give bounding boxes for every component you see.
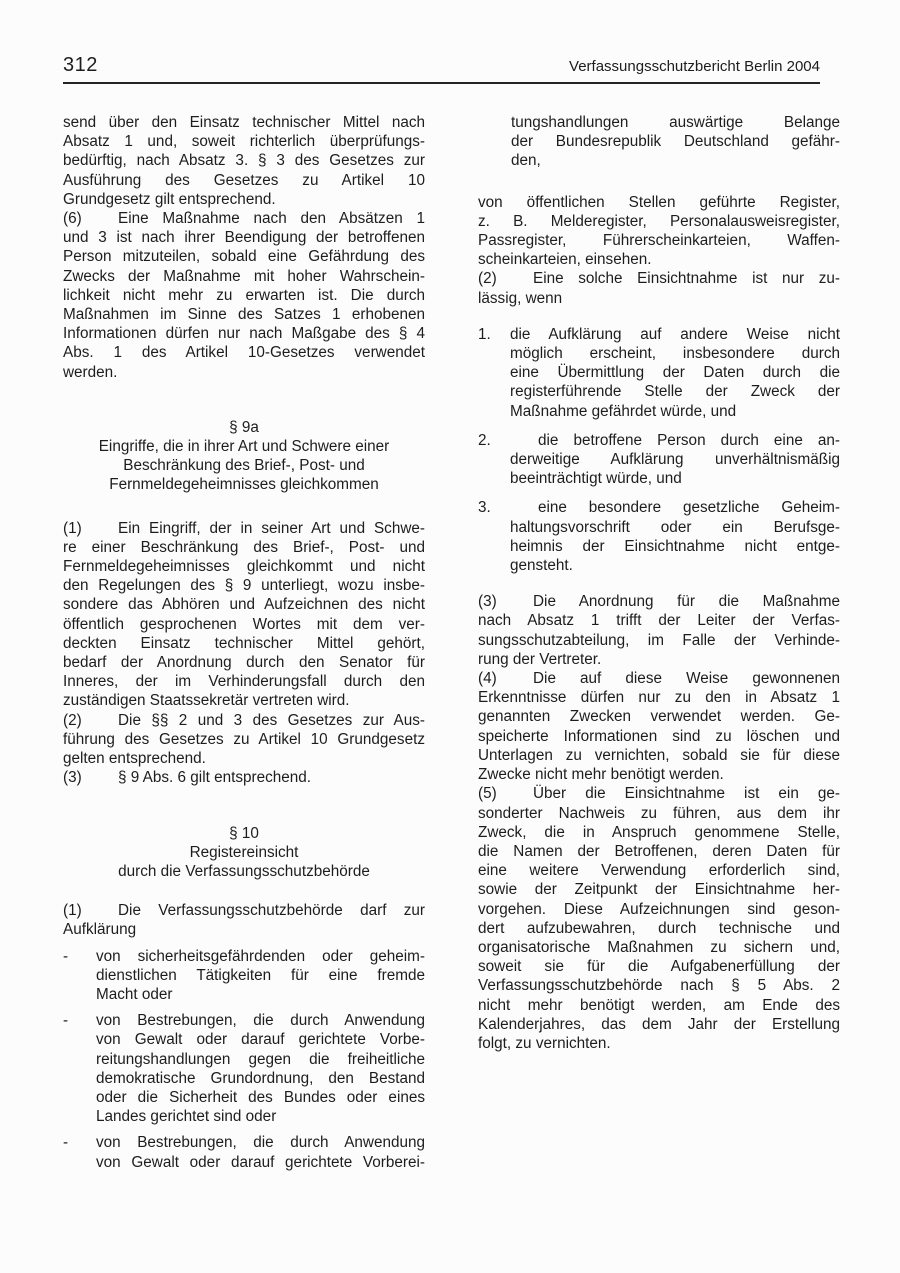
line-text: § 9 Abs. 6 gilt entsprechend. <box>118 768 425 787</box>
text-line: speicherte Informationen sind zu löschen… <box>478 727 840 746</box>
text-line: Zwecke nicht mehr benötigt werden. <box>478 765 840 784</box>
paragraph-3: (3)§ 9 Abs. 6 gilt entsprechend. <box>63 768 425 787</box>
list-marker: (2) <box>63 711 118 730</box>
heading-line: § 9a <box>63 418 425 437</box>
text-line: der Bundesrepublik Deutschland gefähr- <box>511 132 840 151</box>
text-line: Absatz 1 und, soweit richterlich überprü… <box>63 132 425 151</box>
paragraph-2: (2)Eine solche Einsichtnahme ist nur zu-… <box>478 269 840 307</box>
text-line: möglich erscheint, insbesondere durch <box>510 344 840 363</box>
text-line: von Gewalt oder darauf gerichtete Vorber… <box>96 1153 425 1172</box>
text-line: scheinkarteien, einsehen. <box>478 250 840 269</box>
paragraph-4: (4)Die auf diese Weise gewonnenenErkennt… <box>478 669 840 784</box>
line-text: die betroffene Person durch eine an- <box>510 431 840 450</box>
line-text: die Aufklärung auf andere Weise nicht <box>510 325 840 344</box>
text-line: 3.eine besondere gesetzliche Geheim- <box>478 498 840 517</box>
text-line: lichkeit nicht mehr zu erwarten ist. Die… <box>63 286 425 305</box>
text-line: rung der Vertreter. <box>478 650 840 669</box>
text-line: deckten Einsatz technischer Mittel gehör… <box>63 634 425 653</box>
left-column: send über den Einsatz technischer Mittel… <box>63 113 425 1172</box>
heading-line: Beschränkung des Brief-, Post- und <box>63 456 425 475</box>
spacer <box>63 1126 425 1133</box>
list-marker: (3) <box>478 592 533 611</box>
numbered-item-2: 2.die betroffene Person durch eine an-de… <box>478 431 840 489</box>
paragraph-continuation: send über den Einsatz technischer Mittel… <box>63 113 425 209</box>
text-line: -von sicherheitsgefährdenden oder geheim… <box>63 947 425 966</box>
text-line: eine weitere Verwendung erforderlich sin… <box>478 861 840 880</box>
text-line: sungsschutzabteilung, im Falle der Verhi… <box>478 631 840 650</box>
text-line: Maßnahme gefährdet würde, und <box>510 402 840 421</box>
spacer <box>478 171 840 193</box>
line-text: von sicherheitsgefährdenden oder geheim- <box>96 947 425 966</box>
spacer <box>478 575 840 592</box>
text-line: Maßnahmen im Sinne des Satzes 1 erhobene… <box>63 305 425 324</box>
text-line: genannten Zwecken verwendet werden. Ge- <box>478 707 840 726</box>
line-text: von Bestrebungen, die durch Anwendung <box>96 1011 425 1030</box>
spacer <box>63 788 425 824</box>
text-line: nach Absatz 1 trifft der Leiter der Verf… <box>478 611 840 630</box>
paragraph-1: (1)Die Verfassungsschutzbehörde darf zur… <box>63 901 425 939</box>
text-line: (3)§ 9 Abs. 6 gilt entsprechend. <box>63 768 425 787</box>
text-line: gelten entsprechend. <box>63 749 425 768</box>
right-column: tungshandlungen auswärtige Belangeder Bu… <box>478 113 840 1172</box>
text-line: den, <box>511 151 840 170</box>
text-line: Unterlagen zu vernichten, sobald sie für… <box>478 746 840 765</box>
text-line: bedarf der Anordnung durch den Senator f… <box>63 653 425 672</box>
heading-line: Fernmeldegeheimnisses gleichkommen <box>63 475 425 494</box>
text-line: folgt, zu vernichten. <box>478 1034 840 1053</box>
spacer <box>478 488 840 498</box>
paragraph-continuation: von öffentlichen Stellen geführte Regist… <box>478 193 840 270</box>
spacer <box>63 495 425 519</box>
paragraph-5: (5)Über die Einsichtnahme ist ein ge-son… <box>478 784 840 1053</box>
list-marker: (1) <box>63 901 118 920</box>
text-line: lässig, wenn <box>478 289 840 308</box>
paragraph-2: (2)Die §§ 2 und 3 des Gesetzes zur Aus-f… <box>63 711 425 769</box>
document-page: 312 Verfassungsschutzbericht Berlin 2004… <box>0 0 900 1273</box>
heading-line: Registereinsicht <box>63 843 425 862</box>
dash-item: -von Bestrebungen, die durch Anwendungvo… <box>63 1133 425 1171</box>
line-text: Eine solche Einsichtnahme ist nur zu- <box>533 269 840 288</box>
line-text: tungshandlungen auswärtige Belange <box>511 113 840 132</box>
section-heading-9a: § 9aEingriffe, die in ihrer Art und Schw… <box>63 418 425 495</box>
text-line: von Gewalt oder darauf gerichtete Vorbe- <box>96 1030 425 1049</box>
text-line: sondere das Abhören und Aufzeichnen des … <box>63 595 425 614</box>
text-line: heimnis der Einsichtnahme nicht entge- <box>510 537 840 556</box>
list-marker <box>478 113 511 132</box>
text-line: sowie der Zeitpunkt der Einsichtnahme he… <box>478 880 840 899</box>
text-line: send über den Einsatz technischer Mittel… <box>63 113 425 132</box>
spacer <box>63 1004 425 1011</box>
spacer <box>63 382 425 418</box>
list-marker: (6) <box>63 209 118 228</box>
text-line: 1.die Aufklärung auf andere Weise nicht <box>478 325 840 344</box>
line-text: eine besondere gesetzliche Geheim- <box>510 498 840 517</box>
text-line: registerführende Stelle der Zweck der <box>510 382 840 401</box>
text-line: die Namen der Betroffenen, deren Daten f… <box>478 842 840 861</box>
line-text: Die auf diese Weise gewonnenen <box>533 669 840 688</box>
text-line: sonderter Nachweis zu führen, aus dem ih… <box>478 804 840 823</box>
section-heading-10: § 10Registereinsichtdurch die Verfassung… <box>63 824 425 882</box>
text-line: soweit sie für die Aufgabenerfüllung der <box>478 957 840 976</box>
heading-line: durch die Verfassungsschutzbehörde <box>63 862 425 881</box>
text-line: eine Übermittlung der Daten durch die <box>510 363 840 382</box>
text-line: oder die Sicherheit des Bundes oder eine… <box>96 1088 425 1107</box>
line-text: Die Verfassungsschutzbehörde darf zur <box>118 901 425 920</box>
text-columns: send über den Einsatz technischer Mittel… <box>63 113 840 1172</box>
text-line: Ausführung des Gesetzes zu Artikel 10 <box>63 171 425 190</box>
text-line: Aufklärung <box>63 920 425 939</box>
heading-line: Eingriffe, die in ihrer Art und Schwere … <box>63 437 425 456</box>
text-line: (3)Die Anordnung für die Maßnahme <box>478 592 840 611</box>
text-line: vorgehen. Diese Aufzeichnungen sind geso… <box>478 900 840 919</box>
text-line: organisatorische Maßnahmen zu sichern un… <box>478 938 840 957</box>
header-title: Verfassungsschutzbericht Berlin 2004 <box>569 58 820 76</box>
text-line: öffentlich gesprochenen Wortes mit dem v… <box>63 615 425 634</box>
text-line: demokratische Grundordnung, den Bestand <box>96 1069 425 1088</box>
text-line: haltungsvorschrift oder ein Berufsge- <box>510 518 840 537</box>
text-line: Zwecks der Maßnahme mit hoher Wahrschein… <box>63 267 425 286</box>
spacer <box>478 308 840 325</box>
text-line: Fernmeldegeheimnisses gleichkommt und ni… <box>63 557 425 576</box>
text-line: (2)Eine solche Einsichtnahme ist nur zu- <box>478 269 840 288</box>
list-marker: - <box>63 1011 96 1030</box>
text-line: (1)Die Verfassungsschutzbehörde darf zur <box>63 901 425 920</box>
page-number: 312 <box>63 54 98 76</box>
text-line: Landes gerichtet sind oder <box>96 1107 425 1126</box>
list-marker: (4) <box>478 669 533 688</box>
text-line: (2)Die §§ 2 und 3 des Gesetzes zur Aus- <box>63 711 425 730</box>
page-header: 312 Verfassungsschutzbericht Berlin 2004 <box>63 54 820 84</box>
text-line: nicht mehr benötigt werden, am Ende des <box>478 996 840 1015</box>
text-line: Zweck, die in Anspruch genommene Stelle, <box>478 823 840 842</box>
text-line: -von Bestrebungen, die durch Anwendung <box>63 1011 425 1030</box>
text-line: derweitige Aufklärung unverhältnismäßig <box>510 450 840 469</box>
text-line: (6)Eine Maßnahme nach den Absätzen 1 <box>63 209 425 228</box>
list-marker: - <box>63 947 96 966</box>
text-line: den Regelungen des § 9 unterliegt, wozu … <box>63 576 425 595</box>
line-text: von Bestrebungen, die durch Anwendung <box>96 1133 425 1152</box>
line-text: Die §§ 2 und 3 des Gesetzes zur Aus- <box>118 711 425 730</box>
text-line: Erkenntnisse dürfen nur zu den in Absatz… <box>478 688 840 707</box>
spacer <box>63 940 425 947</box>
text-line: Grundgesetz gilt entsprechend. <box>63 190 425 209</box>
text-line: (1)Ein Eingriff, der in seiner Art und S… <box>63 519 425 538</box>
numbered-item-3: 3.eine besondere gesetzliche Geheim-halt… <box>478 498 840 575</box>
text-line: und 3 ist nach ihrer Beendigung der betr… <box>63 228 425 247</box>
text-line: zuständigen Staatssekretär vertreten wir… <box>63 691 425 710</box>
dash-item: -von Bestrebungen, die durch Anwendungvo… <box>63 1011 425 1126</box>
text-line: Abs. 1 des Artikel 10-Gesetzes verwendet <box>63 343 425 362</box>
text-line: Kalenderjahres, das dem Jahr der Erstell… <box>478 1015 840 1034</box>
text-line: dert aufzubewahren, durch technische und <box>478 919 840 938</box>
paragraph-6: (6)Eine Maßnahme nach den Absätzen 1und … <box>63 209 425 382</box>
text-line: Passregister, Führerscheinkarteien, Waff… <box>478 231 840 250</box>
text-line: Macht oder <box>96 985 425 1004</box>
text-line: beeinträchtigt würde, und <box>510 469 840 488</box>
text-line: reitungshandlungen gegen die freiheitlic… <box>96 1050 425 1069</box>
text-line: (4)Die auf diese Weise gewonnenen <box>478 669 840 688</box>
text-line: Informationen dürfen nur nach Maßgabe de… <box>63 324 425 343</box>
text-line: Verfassungsschutzbehörde nach § 5 Abs. 2 <box>478 976 840 995</box>
text-line: re einer Beschränkung des Brief-, Post- … <box>63 538 425 557</box>
text-line: gensteht. <box>510 556 840 575</box>
text-line: bedürftig, nach Absatz 3. § 3 des Gesetz… <box>63 151 425 170</box>
list-marker: 2. <box>478 431 510 450</box>
list-marker: (5) <box>478 784 533 803</box>
line-text: Über die Einsichtnahme ist ein ge- <box>533 784 840 803</box>
text-line: werden. <box>63 363 425 382</box>
spacer <box>63 881 425 901</box>
text-line: führung des Gesetzes zu Artikel 10 Grund… <box>63 730 425 749</box>
list-marker: (2) <box>478 269 533 288</box>
text-line: z. B. Melderegister, Personalausweisregi… <box>478 212 840 231</box>
numbered-item-1: 1.die Aufklärung auf andere Weise nichtm… <box>478 325 840 421</box>
text-line: -von Bestrebungen, die durch Anwendung <box>63 1133 425 1152</box>
line-text: Die Anordnung für die Maßnahme <box>533 592 840 611</box>
spacer <box>478 421 840 431</box>
line-text: Ein Eingriff, der in seiner Art und Schw… <box>118 519 425 538</box>
text-line: Person mitzuteilen, sobald eine Gefährdu… <box>63 247 425 266</box>
dash-item: -von sicherheitsgefährdenden oder geheim… <box>63 947 425 1005</box>
line-text: Eine Maßnahme nach den Absätzen 1 <box>118 209 425 228</box>
text-line: 2.die betroffene Person durch eine an- <box>478 431 840 450</box>
heading-line: § 10 <box>63 824 425 843</box>
list-marker: - <box>63 1133 96 1152</box>
text-line: Inneres, der im Verhinderungsfall durch … <box>63 672 425 691</box>
list-marker: (3) <box>63 768 118 787</box>
list-marker: 3. <box>478 498 510 517</box>
text-line: (5)Über die Einsichtnahme ist ein ge- <box>478 784 840 803</box>
dash-item-continuation: tungshandlungen auswärtige Belangeder Bu… <box>478 113 840 171</box>
text-line: dienstlichen Tätigkeiten für eine fremde <box>96 966 425 985</box>
text-line: von öffentlichen Stellen geführte Regist… <box>478 193 840 212</box>
paragraph-1: (1)Ein Eingriff, der in seiner Art und S… <box>63 519 425 711</box>
paragraph-3: (3)Die Anordnung für die Maßnahmenach Ab… <box>478 592 840 669</box>
list-marker: 1. <box>478 325 510 344</box>
list-marker: (1) <box>63 519 118 538</box>
text-line: tungshandlungen auswärtige Belange <box>478 113 840 132</box>
